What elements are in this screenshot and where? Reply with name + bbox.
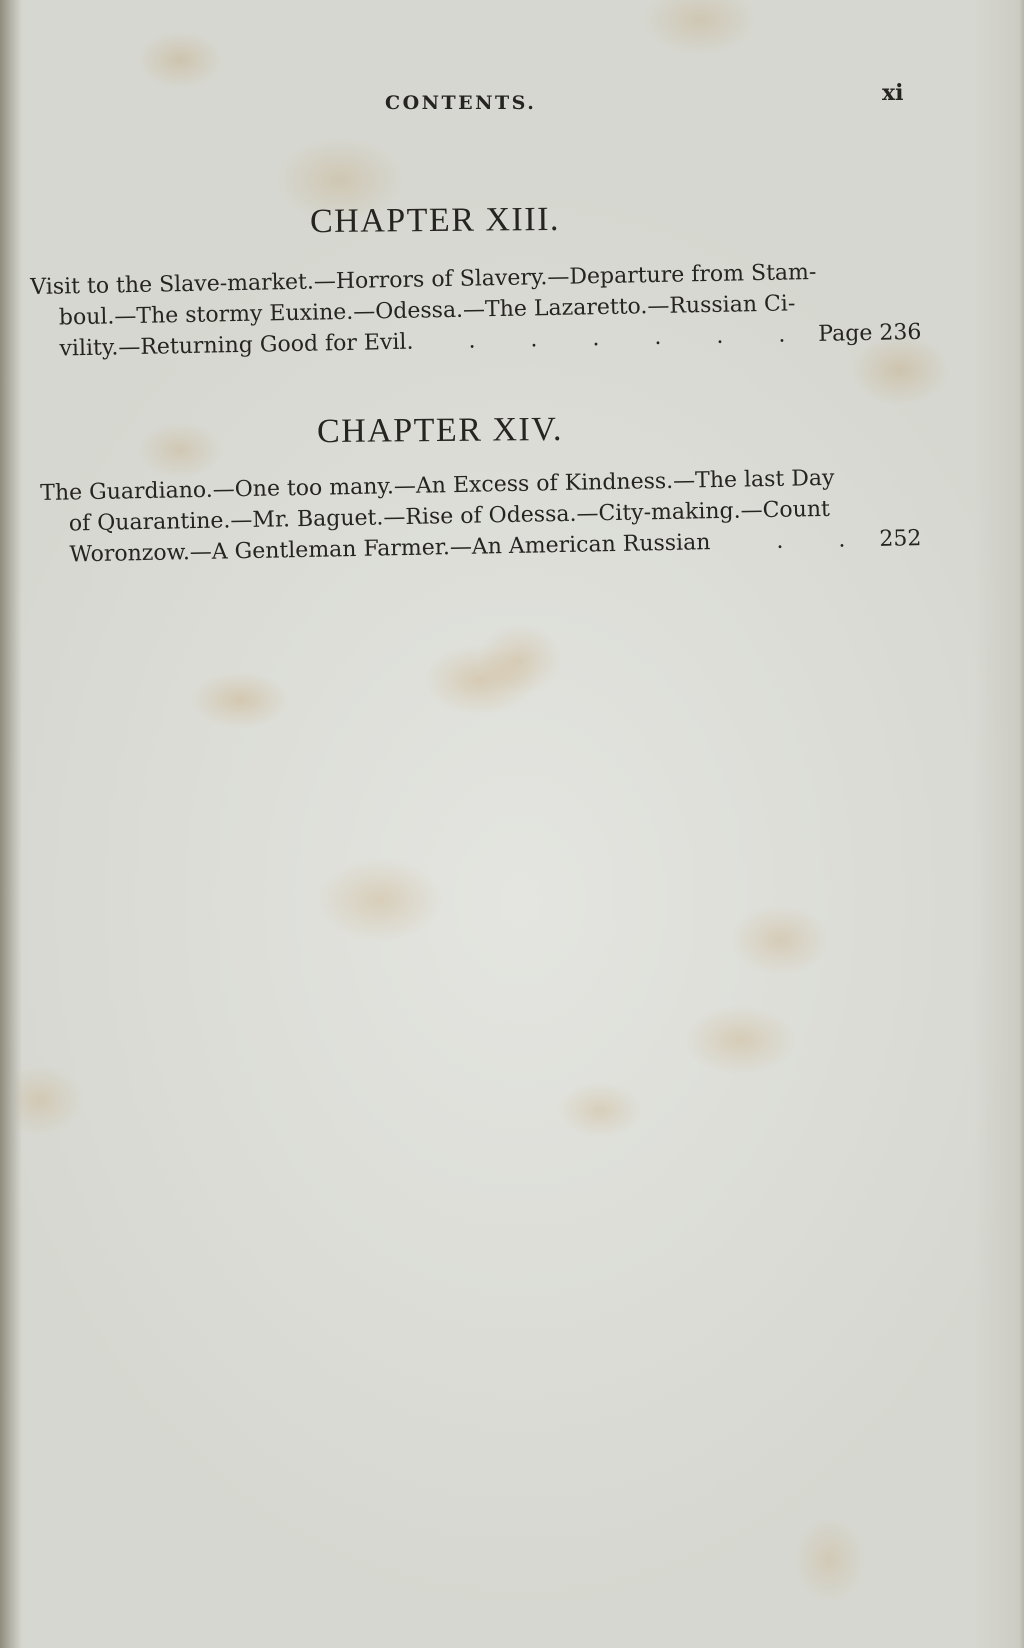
page-reference: 252: [879, 523, 922, 555]
spine-shadow: [0, 0, 22, 1648]
chapter-13-summary: Visit to the Slave-market.—Horrors of Sl…: [30, 255, 922, 365]
book-page: CONTENTS. xi CHAPTER XIII. Visit to the …: [0, 0, 1024, 1648]
chapter-13-heading: CHAPTER XIII.: [310, 201, 560, 241]
summary-line-text: vility.—Returning Good for Evil: [59, 327, 407, 365]
dot-leaders: . .: [710, 524, 880, 558]
dot-leaders: . . . . . . .: [406, 319, 818, 358]
page-number: xi: [882, 80, 903, 106]
page-edge-shadow: [974, 0, 1024, 1648]
chapter-14-heading: CHAPTER XIV.: [317, 411, 563, 451]
page-reference: Page 236: [818, 317, 922, 350]
chapter-14-summary: The Guardiano.—One too many.—An Excess o…: [40, 461, 922, 571]
running-head: CONTENTS.: [385, 92, 536, 114]
